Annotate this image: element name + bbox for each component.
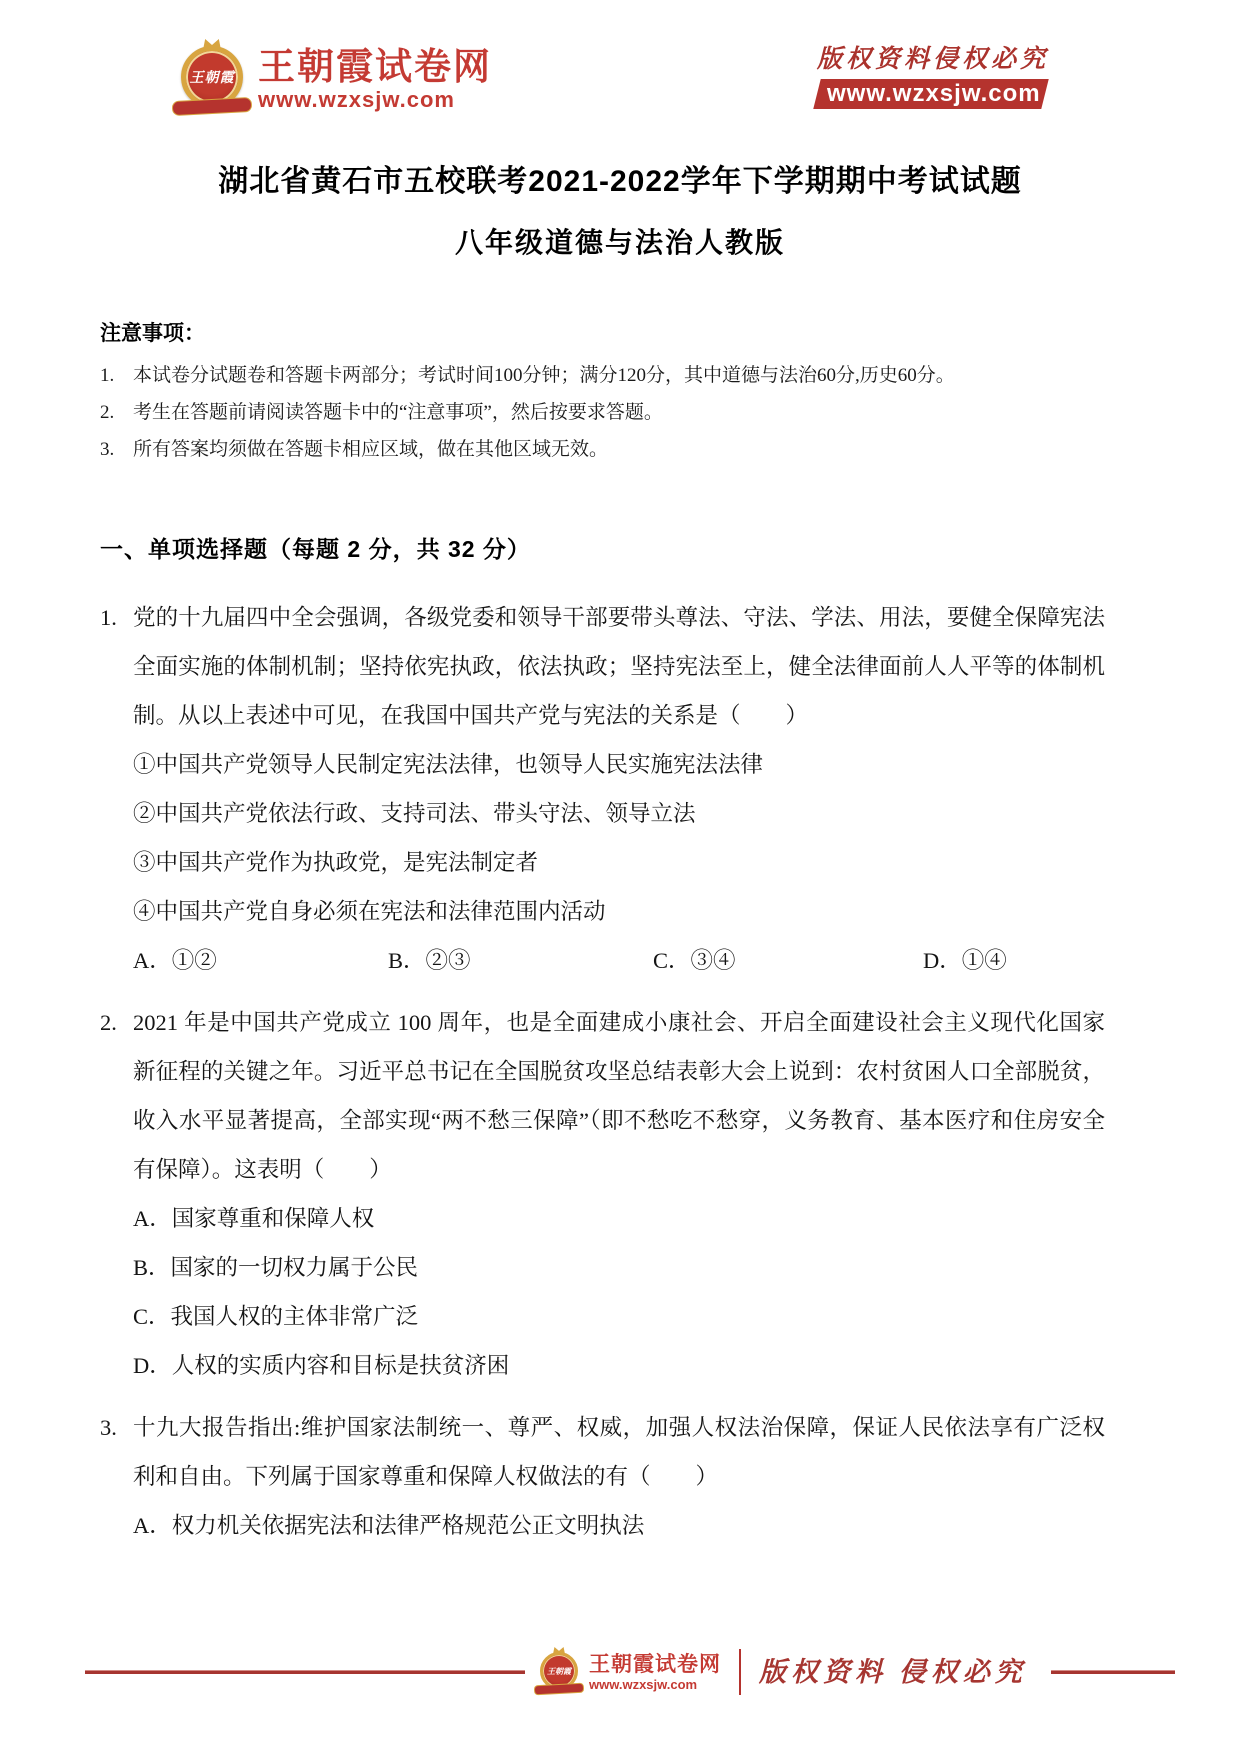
url-banner: www.wzxsjw.com bbox=[813, 79, 1048, 109]
question-number: 3. bbox=[100, 1403, 117, 1452]
option-d: D．①④ bbox=[923, 936, 1105, 985]
footer-slogan: 版权资料 侵权必究 bbox=[759, 1657, 1037, 1687]
notice-section: 注意事项： 1. 本试卷分试题卷和答题卡两部分；考试时间100分钟；满分120分… bbox=[100, 321, 1105, 468]
notice-heading: 注意事项： bbox=[100, 321, 1105, 347]
footer-divider bbox=[739, 1649, 741, 1695]
footer-brand-url: www.wzxsjw.com bbox=[589, 1677, 721, 1692]
url-banner-text: www.wzxsjw.com bbox=[827, 81, 1035, 107]
question-number: 2. bbox=[100, 998, 117, 1047]
option-a: A．①② bbox=[133, 936, 388, 985]
footer-seal-text: 王朝霞 bbox=[547, 1666, 571, 1677]
question-stem: 党的十九届四中全会强调，各级党委和领导干部要带头尊法、守法、学法、用法，要健全保… bbox=[133, 593, 1105, 740]
question-statement-1: ①中国共产党领导人民制定宪法法律，也领导人民实施宪法法律 bbox=[133, 740, 1105, 789]
page-header: 王朝霞 王朝霞试卷网 www.wzxsjw.com 版权资料 侵权必究 www.… bbox=[0, 0, 1240, 115]
option-b: B．②③ bbox=[388, 936, 653, 985]
footer-brand-name: 王朝霞试卷网 bbox=[589, 1653, 721, 1677]
notice-item-text: 所有答案均须做在答题卡相应区域，做在其他区域无效。 bbox=[133, 439, 608, 460]
copyright-slogan: 版权资料 侵权必究 bbox=[817, 46, 1045, 74]
brand-seal-icon: 王朝霞 bbox=[180, 46, 244, 110]
exam-body: 注意事项： 1. 本试卷分试题卷和答题卡两部分；考试时间100分钟；满分120分… bbox=[100, 321, 1105, 1550]
question-2: 2. 2021 年是中国共产党成立 100 周年，也是全面建成小康社会、开启全面… bbox=[100, 998, 1105, 1390]
notice-item-3: 3. 所有答案均须做在答题卡相应区域，做在其他区域无效。 bbox=[100, 431, 1105, 468]
footer-seal-icon: 王朝霞 bbox=[539, 1652, 579, 1692]
exam-subtitle: 八年级道德与法治人教版 bbox=[0, 227, 1240, 259]
question-number: 1. bbox=[100, 593, 117, 642]
question-list: 1. 党的十九届四中全会强调，各级党委和领导干部要带头尊法、守法、学法、用法，要… bbox=[100, 593, 1105, 1550]
notice-item-number: 3. bbox=[100, 431, 114, 468]
question-1: 1. 党的十九届四中全会强调，各级党委和领导干部要带头尊法、守法、学法、用法，要… bbox=[100, 593, 1105, 985]
brand-logo: 王朝霞 王朝霞试卷网 www.wzxsjw.com bbox=[180, 46, 492, 112]
question-stem: 2021 年是中国共产党成立 100 周年，也是全面建成小康社会、开启全面建设社… bbox=[133, 998, 1105, 1194]
option-a: A．国家尊重和保障人权 bbox=[133, 1194, 1105, 1243]
copyright-slogan-left: 版权资料 bbox=[817, 46, 933, 74]
notice-item-number: 2. bbox=[100, 394, 114, 431]
option-b: B．国家的一切权力属于公民 bbox=[133, 1243, 1105, 1292]
notice-item-text: 考生在答题前请阅读答题卡中的“注意事项”，然后按要求答题。 bbox=[133, 402, 663, 423]
copyright-block: 版权资料 侵权必究 www.wzxsjw.com bbox=[817, 46, 1045, 109]
brand-name: 王朝霞试卷网 bbox=[258, 46, 492, 88]
seal-text: 王朝霞 bbox=[190, 67, 235, 87]
footer-rule-right bbox=[1051, 1670, 1175, 1674]
notice-item-2: 2. 考生在答题前请阅读答题卡中的“注意事项”，然后按要求答题。 bbox=[100, 394, 1105, 431]
footer-rule-left bbox=[85, 1670, 525, 1674]
question-stem: 十九大报告指出:维护国家法制统一、尊严、权威，加强人权法治保障，保证人民依法享有… bbox=[133, 1403, 1105, 1501]
option-c: C．我国人权的主体非常广泛 bbox=[133, 1292, 1105, 1341]
section-heading: 一、单项选择题（每题 2 分，共 32 分） bbox=[100, 534, 1105, 564]
question-statement-2: ②中国共产党依法行政、支持司法、带头守法、领导立法 bbox=[133, 789, 1105, 838]
page-footer: 王朝霞 王朝霞试卷网 www.wzxsjw.com 版权资料 侵权必究 bbox=[85, 1640, 1175, 1704]
exam-title: 湖北省黄石市五校联考2021-2022学年下学期期中考试试题 bbox=[0, 165, 1240, 199]
brand-url: www.wzxsjw.com bbox=[258, 88, 492, 112]
option-row: A．①② B．②③ C．③④ D．①④ bbox=[133, 936, 1105, 985]
seal-ribbon-icon bbox=[172, 97, 253, 116]
notice-item-number: 1. bbox=[100, 357, 114, 394]
exam-paper-page: 王朝霞 王朝霞试卷网 www.wzxsjw.com 版权资料 侵权必究 www.… bbox=[0, 0, 1240, 1753]
option-c: C．③④ bbox=[653, 936, 923, 985]
notice-item-text: 本试卷分试题卷和答题卡两部分；考试时间100分钟；满分120分，其中道德与法治6… bbox=[133, 365, 955, 386]
question-statement-3: ③中国共产党作为执政党，是宪法制定者 bbox=[133, 838, 1105, 887]
seal-crown-icon bbox=[203, 39, 221, 50]
copyright-slogan-right: 侵权必究 bbox=[933, 46, 1049, 74]
option-a: A．权力机关依据宪法和法律严格规范公正文明执法 bbox=[133, 1501, 1105, 1550]
question-3: 3. 十九大报告指出:维护国家法制统一、尊严、权威，加强人权法治保障，保证人民依… bbox=[100, 1403, 1105, 1550]
option-d: D．人权的实质内容和目标是扶贫济困 bbox=[133, 1341, 1105, 1390]
notice-item-1: 1. 本试卷分试题卷和答题卡两部分；考试时间100分钟；满分120分，其中道德与… bbox=[100, 357, 1105, 394]
question-statement-4: ④中国共产党自身必须在宪法和法律范围内活动 bbox=[133, 887, 1105, 936]
